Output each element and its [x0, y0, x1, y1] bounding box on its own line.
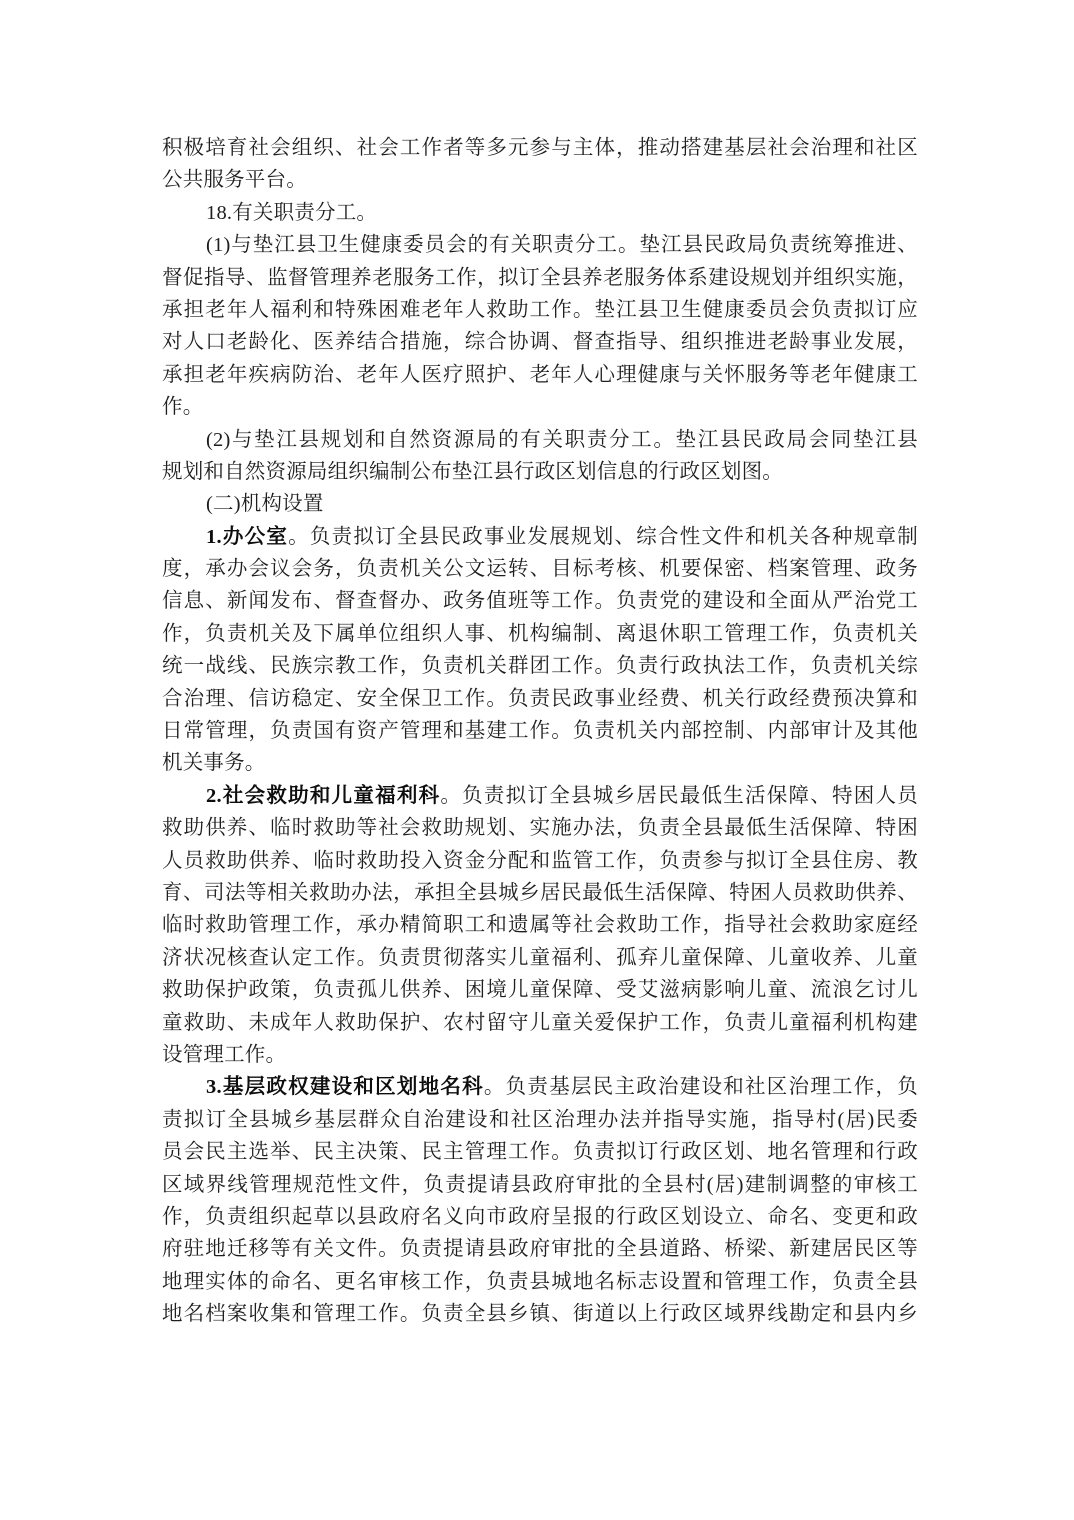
- text-line: 临时救助管理工作，承办精简职工和遗属等社会救助工作，指导社会救助家庭经: [162, 909, 918, 941]
- text-line: 济状况核查认定工作。负责贯彻落实儿童福利、孤弃儿童保障、儿童收养、儿童: [162, 942, 918, 974]
- text-line: 作，负责组织起草以县政府名义向市政府呈报的行政区划设立、命名、变更和政: [162, 1201, 918, 1233]
- text-line: 1.办公室。负责拟订全县民政事业发展规划、综合性文件和机关各种规章制: [162, 521, 918, 553]
- text-line: 对人口老龄化、医养结合措施，综合协调、督查指导、组织推进老龄事业发展，: [162, 326, 918, 358]
- text-line: 积极培育社会组织、社会工作者等多元参与主体，推动搭建基层社会治理和社区: [162, 132, 918, 164]
- text-line: 机关事务。: [162, 747, 918, 779]
- text-line: 3.基层政权建设和区划地名科。负责基层民主政治建设和社区治理工作，负: [162, 1071, 918, 1103]
- text-line: 人员救助供养、临时救助投入资金分配和监管工作，负责参与拟订全县住房、教: [162, 845, 918, 877]
- text-line: 承担老年人福利和特殊困难老年人救助工作。垫江县卫生健康委员会负责拟订应: [162, 294, 918, 326]
- text-line: 督促指导、监督管理养老服务工作，拟订全县养老服务体系建设规划并组织实施，: [162, 262, 918, 294]
- text-line: 信息、新闻发布、督查督办、政务值班等工作。负责党的建设和全面从严治党工: [162, 585, 918, 617]
- text-line: 统一战线、民族宗教工作，负责机关群团工作。负责行政执法工作，负责机关综: [162, 650, 918, 682]
- section-heading: 1.办公室: [206, 526, 288, 548]
- text-line: (1)与垫江县卫生健康委员会的有关职责分工。垫江县民政局负责统筹推进、: [162, 229, 918, 261]
- text-line: 规划和自然资源局组织编制公布垫江县行政区划信息的行政区划图。: [162, 456, 918, 488]
- text-line: 救助保护政策，负责孤儿供养、困境儿童保障、受艾滋病影响儿童、流浪乞讨儿: [162, 974, 918, 1006]
- text-line: 日常管理，负责国有资产管理和基建工作。负责机关内部控制、内部审计及其他: [162, 715, 918, 747]
- text-line: 地名档案收集和管理工作。负责全县乡镇、街道以上行政区域界线勘定和县内乡: [162, 1298, 918, 1330]
- body-text: 。负责拟订全县民政事业发展规划、综合性文件和机关各种规章制: [288, 526, 918, 548]
- text-line: 区域界线管理规范性文件，负责提请县政府审批的全县村(居)建制调整的审核工: [162, 1169, 918, 1201]
- text-line: (2)与垫江县规划和自然资源局的有关职责分工。垫江县民政局会同垫江县: [162, 424, 918, 456]
- text-line: 18.有关职责分工。: [162, 197, 918, 229]
- text-line: 员会民主选举、民主决策、民主管理工作。负责拟订行政区划、地名管理和行政: [162, 1136, 918, 1168]
- text-line: 承担老年疾病防治、老年人医疗照护、老年人心理健康与关怀服务等老年健康工: [162, 359, 918, 391]
- body-text: 。负责基层民主政治建设和社区治理工作，负: [484, 1076, 918, 1098]
- text-line: 童救助、未成年人救助保护、农村留守儿童关爱保护工作，负责儿童福利机构建: [162, 1007, 918, 1039]
- document-page: 积极培育社会组织、社会工作者等多元参与主体，推动搭建基层社会治理和社区公共服务平…: [0, 0, 1074, 1520]
- text-line: 府驻地迁移等有关文件。负责提请县政府审批的全县道路、桥梁、新建居民区等: [162, 1233, 918, 1265]
- text-line: 作，负责机关及下属单位组织人事、机构编制、离退休职工管理工作，负责机关: [162, 618, 918, 650]
- text-line: 地理实体的命名、更名审核工作，负责县城地名标志设置和管理工作，负责全县: [162, 1266, 918, 1298]
- text-line: 作。: [162, 391, 918, 423]
- section-heading: 3.基层政权建设和区划地名科: [206, 1076, 484, 1098]
- text-line: (二)机构设置: [162, 488, 918, 520]
- text-line: 公共服务平台。: [162, 164, 918, 196]
- text-block: 积极培育社会组织、社会工作者等多元参与主体，推动搭建基层社会治理和社区公共服务平…: [162, 132, 918, 1330]
- body-text: 。负责拟订全县城乡居民最低生活保障、特困人员: [440, 785, 918, 807]
- text-line: 责拟订全县城乡基层群众自治建设和社区治理办法并指导实施，指导村(居)民委: [162, 1104, 918, 1136]
- text-line: 合治理、信访稳定、安全保卫工作。负责民政事业经费、机关行政经费预决算和: [162, 683, 918, 715]
- text-line: 救助供养、临时救助等社会救助规划、实施办法，负责全县最低生活保障、特困: [162, 812, 918, 844]
- text-line: 育、司法等相关救助办法，承担全县城乡居民最低生活保障、特困人员救助供养、: [162, 877, 918, 909]
- text-line: 度，承办会议会务，负责机关公文运转、目标考核、机要保密、档案管理、政务: [162, 553, 918, 585]
- text-line: 设管理工作。: [162, 1039, 918, 1071]
- text-line: 2.社会救助和儿童福利科。负责拟订全县城乡居民最低生活保障、特困人员: [162, 780, 918, 812]
- section-heading: 2.社会救助和儿童福利科: [206, 785, 440, 807]
